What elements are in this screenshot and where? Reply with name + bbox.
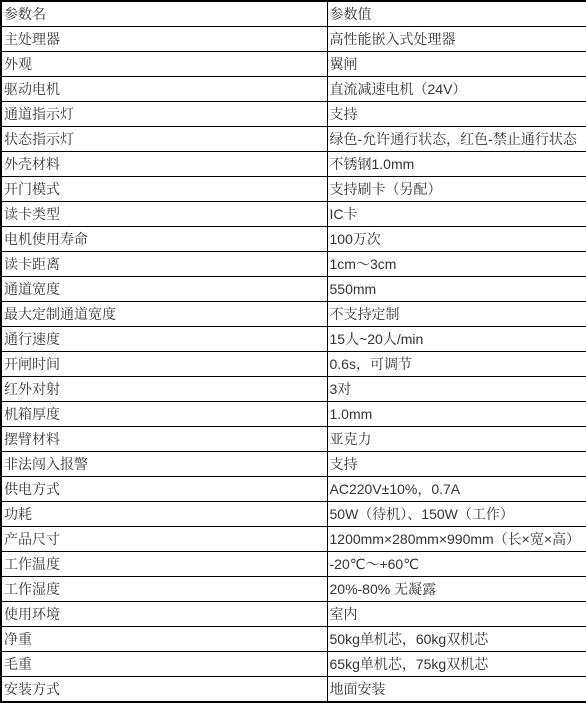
table-row: 安装方式地面安装 <box>1 677 586 703</box>
table-row: 通道宽度550mm <box>1 277 586 302</box>
spec-table-head: 参数名 参数值 <box>1 1 586 27</box>
table-row: 工作温度-20℃～+60℃ <box>1 552 586 577</box>
param-value-cell: 1.0mm <box>327 402 586 427</box>
param-value-cell: 不支持定制 <box>327 302 586 327</box>
param-name-cell: 读卡类型 <box>1 202 327 227</box>
param-value-cell: 3对 <box>327 377 586 402</box>
table-row: 外观翼闸 <box>1 52 586 77</box>
param-value-cell: 地面安装 <box>327 677 586 703</box>
param-value-cell: 支持 <box>327 452 586 477</box>
param-name-cell: 工作湿度 <box>1 577 327 602</box>
param-value-cell: 翼闸 <box>327 52 586 77</box>
param-name-cell: 产品尺寸 <box>1 527 327 552</box>
param-name-cell: 功耗 <box>1 502 327 527</box>
table-row: 产品尺寸1200mm×280mm×990mm（长×宽×高） <box>1 527 586 552</box>
param-value-cell: AC220V±10%，0.7A <box>327 477 586 502</box>
param-name-cell: 净重 <box>1 627 327 652</box>
param-name-cell: 工作温度 <box>1 552 327 577</box>
param-value-cell: 室内 <box>327 602 586 627</box>
table-row: 最大定制通道宽度不支持定制 <box>1 302 586 327</box>
param-name-cell: 外观 <box>1 52 327 77</box>
param-name-cell: 通行速度 <box>1 327 327 352</box>
param-value-cell: IC卡 <box>327 202 586 227</box>
table-row: 机箱厚度1.0mm <box>1 402 586 427</box>
param-value-cell: 1200mm×280mm×990mm（长×宽×高） <box>327 527 586 552</box>
table-row: 主处理器高性能嵌入式处理器 <box>1 27 586 52</box>
param-value-cell: 不锈钢1.0mm <box>327 152 586 177</box>
param-name-cell: 状态指示灯 <box>1 127 327 152</box>
param-name-cell: 使用环境 <box>1 602 327 627</box>
param-value-cell: 绿色-允许通行状态，红色-禁止通行状态 <box>327 127 586 152</box>
param-value-header: 参数值 <box>327 1 586 27</box>
param-name-cell: 通道宽度 <box>1 277 327 302</box>
param-name-cell: 摆臂材料 <box>1 427 327 452</box>
param-name-header: 参数名 <box>1 1 327 27</box>
param-value-cell: -20℃～+60℃ <box>327 552 586 577</box>
param-value-cell: 支持 <box>327 102 586 127</box>
header-row: 参数名 参数值 <box>1 1 586 27</box>
param-name-cell: 开门模式 <box>1 177 327 202</box>
spec-page: 参数名 参数值 主处理器高性能嵌入式处理器外观翼闸驱动电机直流减速电机（24V）… <box>0 0 586 703</box>
table-row: 净重50kg单机芯，60kg双机芯 <box>1 627 586 652</box>
param-value-cell: 15人~20人/min <box>327 327 586 352</box>
param-value-cell: 直流减速电机（24V） <box>327 77 586 102</box>
param-value-cell: 50W（待机）、150W（工作） <box>327 502 586 527</box>
table-row: 使用环境室内 <box>1 602 586 627</box>
param-name-cell: 安装方式 <box>1 677 327 703</box>
table-row: 外壳材料不锈钢1.0mm <box>1 152 586 177</box>
table-row: 毛重65kg单机芯，75kg双机芯 <box>1 652 586 677</box>
param-name-cell: 通道指示灯 <box>1 102 327 127</box>
param-name-cell: 外壳材料 <box>1 152 327 177</box>
param-value-cell: 亚克力 <box>327 427 586 452</box>
spec-table: 参数名 参数值 主处理器高性能嵌入式处理器外观翼闸驱动电机直流减速电机（24V）… <box>0 0 586 703</box>
param-value-cell: 50kg单机芯，60kg双机芯 <box>327 627 586 652</box>
table-row: 开闸时间0.6s，可调节 <box>1 352 586 377</box>
param-name-cell: 电机使用寿命 <box>1 227 327 252</box>
table-row: 通行速度15人~20人/min <box>1 327 586 352</box>
table-row: 状态指示灯绿色-允许通行状态，红色-禁止通行状态 <box>1 127 586 152</box>
param-value-cell: 100万次 <box>327 227 586 252</box>
param-name-cell: 主处理器 <box>1 27 327 52</box>
table-row: 驱动电机直流减速电机（24V） <box>1 77 586 102</box>
param-name-cell: 驱动电机 <box>1 77 327 102</box>
param-value-cell: 高性能嵌入式处理器 <box>327 27 586 52</box>
table-row: 工作湿度20%-80% 无凝露 <box>1 577 586 602</box>
table-row: 通道指示灯支持 <box>1 102 586 127</box>
table-row: 供电方式AC220V±10%，0.7A <box>1 477 586 502</box>
table-row: 红外对射3对 <box>1 377 586 402</box>
param-name-cell: 读卡距离 <box>1 252 327 277</box>
param-name-cell: 开闸时间 <box>1 352 327 377</box>
table-row: 电机使用寿命100万次 <box>1 227 586 252</box>
table-row: 非法闯入报警支持 <box>1 452 586 477</box>
param-name-cell: 最大定制通道宽度 <box>1 302 327 327</box>
table-row: 开门模式支持刷卡（另配） <box>1 177 586 202</box>
param-name-cell: 非法闯入报警 <box>1 452 327 477</box>
param-value-cell: 0.6s，可调节 <box>327 352 586 377</box>
param-value-cell: 65kg单机芯，75kg双机芯 <box>327 652 586 677</box>
param-name-cell: 红外对射 <box>1 377 327 402</box>
param-name-cell: 毛重 <box>1 652 327 677</box>
param-value-cell: 550mm <box>327 277 586 302</box>
table-row: 功耗50W（待机）、150W（工作） <box>1 502 586 527</box>
table-row: 读卡距离1cm～3cm <box>1 252 586 277</box>
table-row: 读卡类型IC卡 <box>1 202 586 227</box>
param-value-cell: 支持刷卡（另配） <box>327 177 586 202</box>
spec-table-body: 主处理器高性能嵌入式处理器外观翼闸驱动电机直流减速电机（24V）通道指示灯支持状… <box>1 27 586 703</box>
param-value-cell: 1cm～3cm <box>327 252 586 277</box>
param-name-cell: 机箱厚度 <box>1 402 327 427</box>
table-row: 摆臂材料亚克力 <box>1 427 586 452</box>
param-value-cell: 20%-80% 无凝露 <box>327 577 586 602</box>
param-name-cell: 供电方式 <box>1 477 327 502</box>
